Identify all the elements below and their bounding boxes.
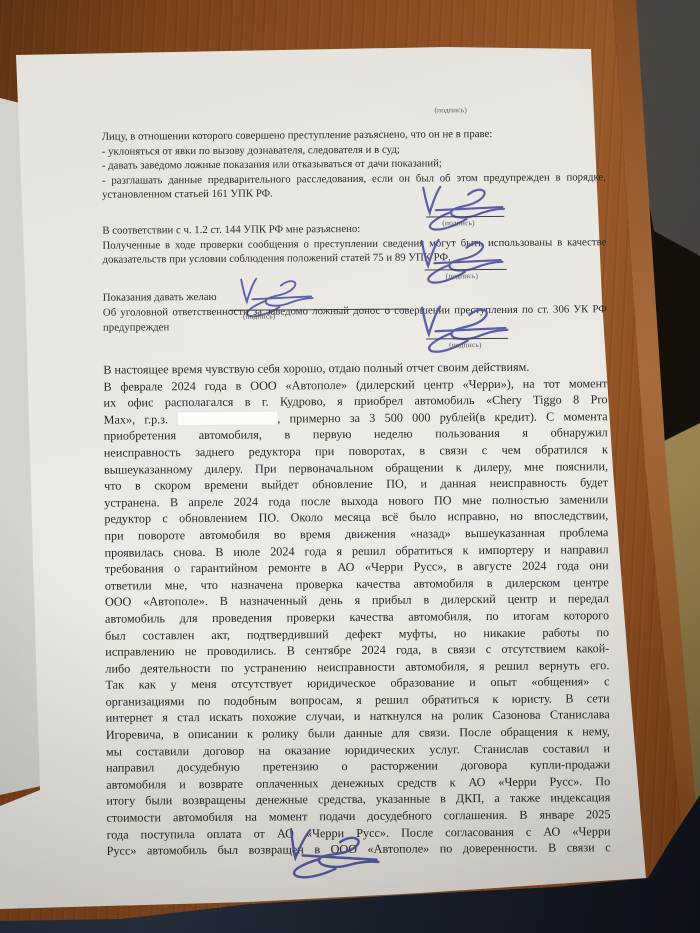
text-segment: , примерно за 3 500 000 рублей(в кредит)…: [277, 409, 607, 425]
rights-paragraph: Лицу, в отношении которого совершено пре…: [102, 126, 606, 202]
text-line: установленном статьей 161 УПК РФ.: [102, 184, 606, 202]
signature-label: (подпись): [434, 105, 467, 114]
signature-label: (подпись): [449, 340, 482, 349]
statement-paragraph: В настоящее время чувствую себя хорошо, …: [103, 358, 610, 859]
clarification-paragraph: В соответствии с ч. 1.2 ст. 144 УПК РФ м…: [102, 220, 606, 267]
document-photo: (подпись) Лицу, в отношении которого сов…: [0, 0, 700, 933]
document-content: (подпись) Лицу, в отношении которого сов…: [0, 0, 700, 933]
warning-paragraph: Об уголовной ответственности за заведомо…: [103, 302, 607, 335]
signature-label: (подпись): [446, 271, 479, 280]
handwritten-signature: [272, 817, 388, 895]
testimony-prompt: Показания давать желаю: [103, 291, 217, 304]
text-line: доказательств при условии соблюдения пол…: [102, 249, 606, 267]
text-segment: Мах», г.р.з.: [104, 412, 169, 426]
redaction-box: [177, 411, 277, 425]
